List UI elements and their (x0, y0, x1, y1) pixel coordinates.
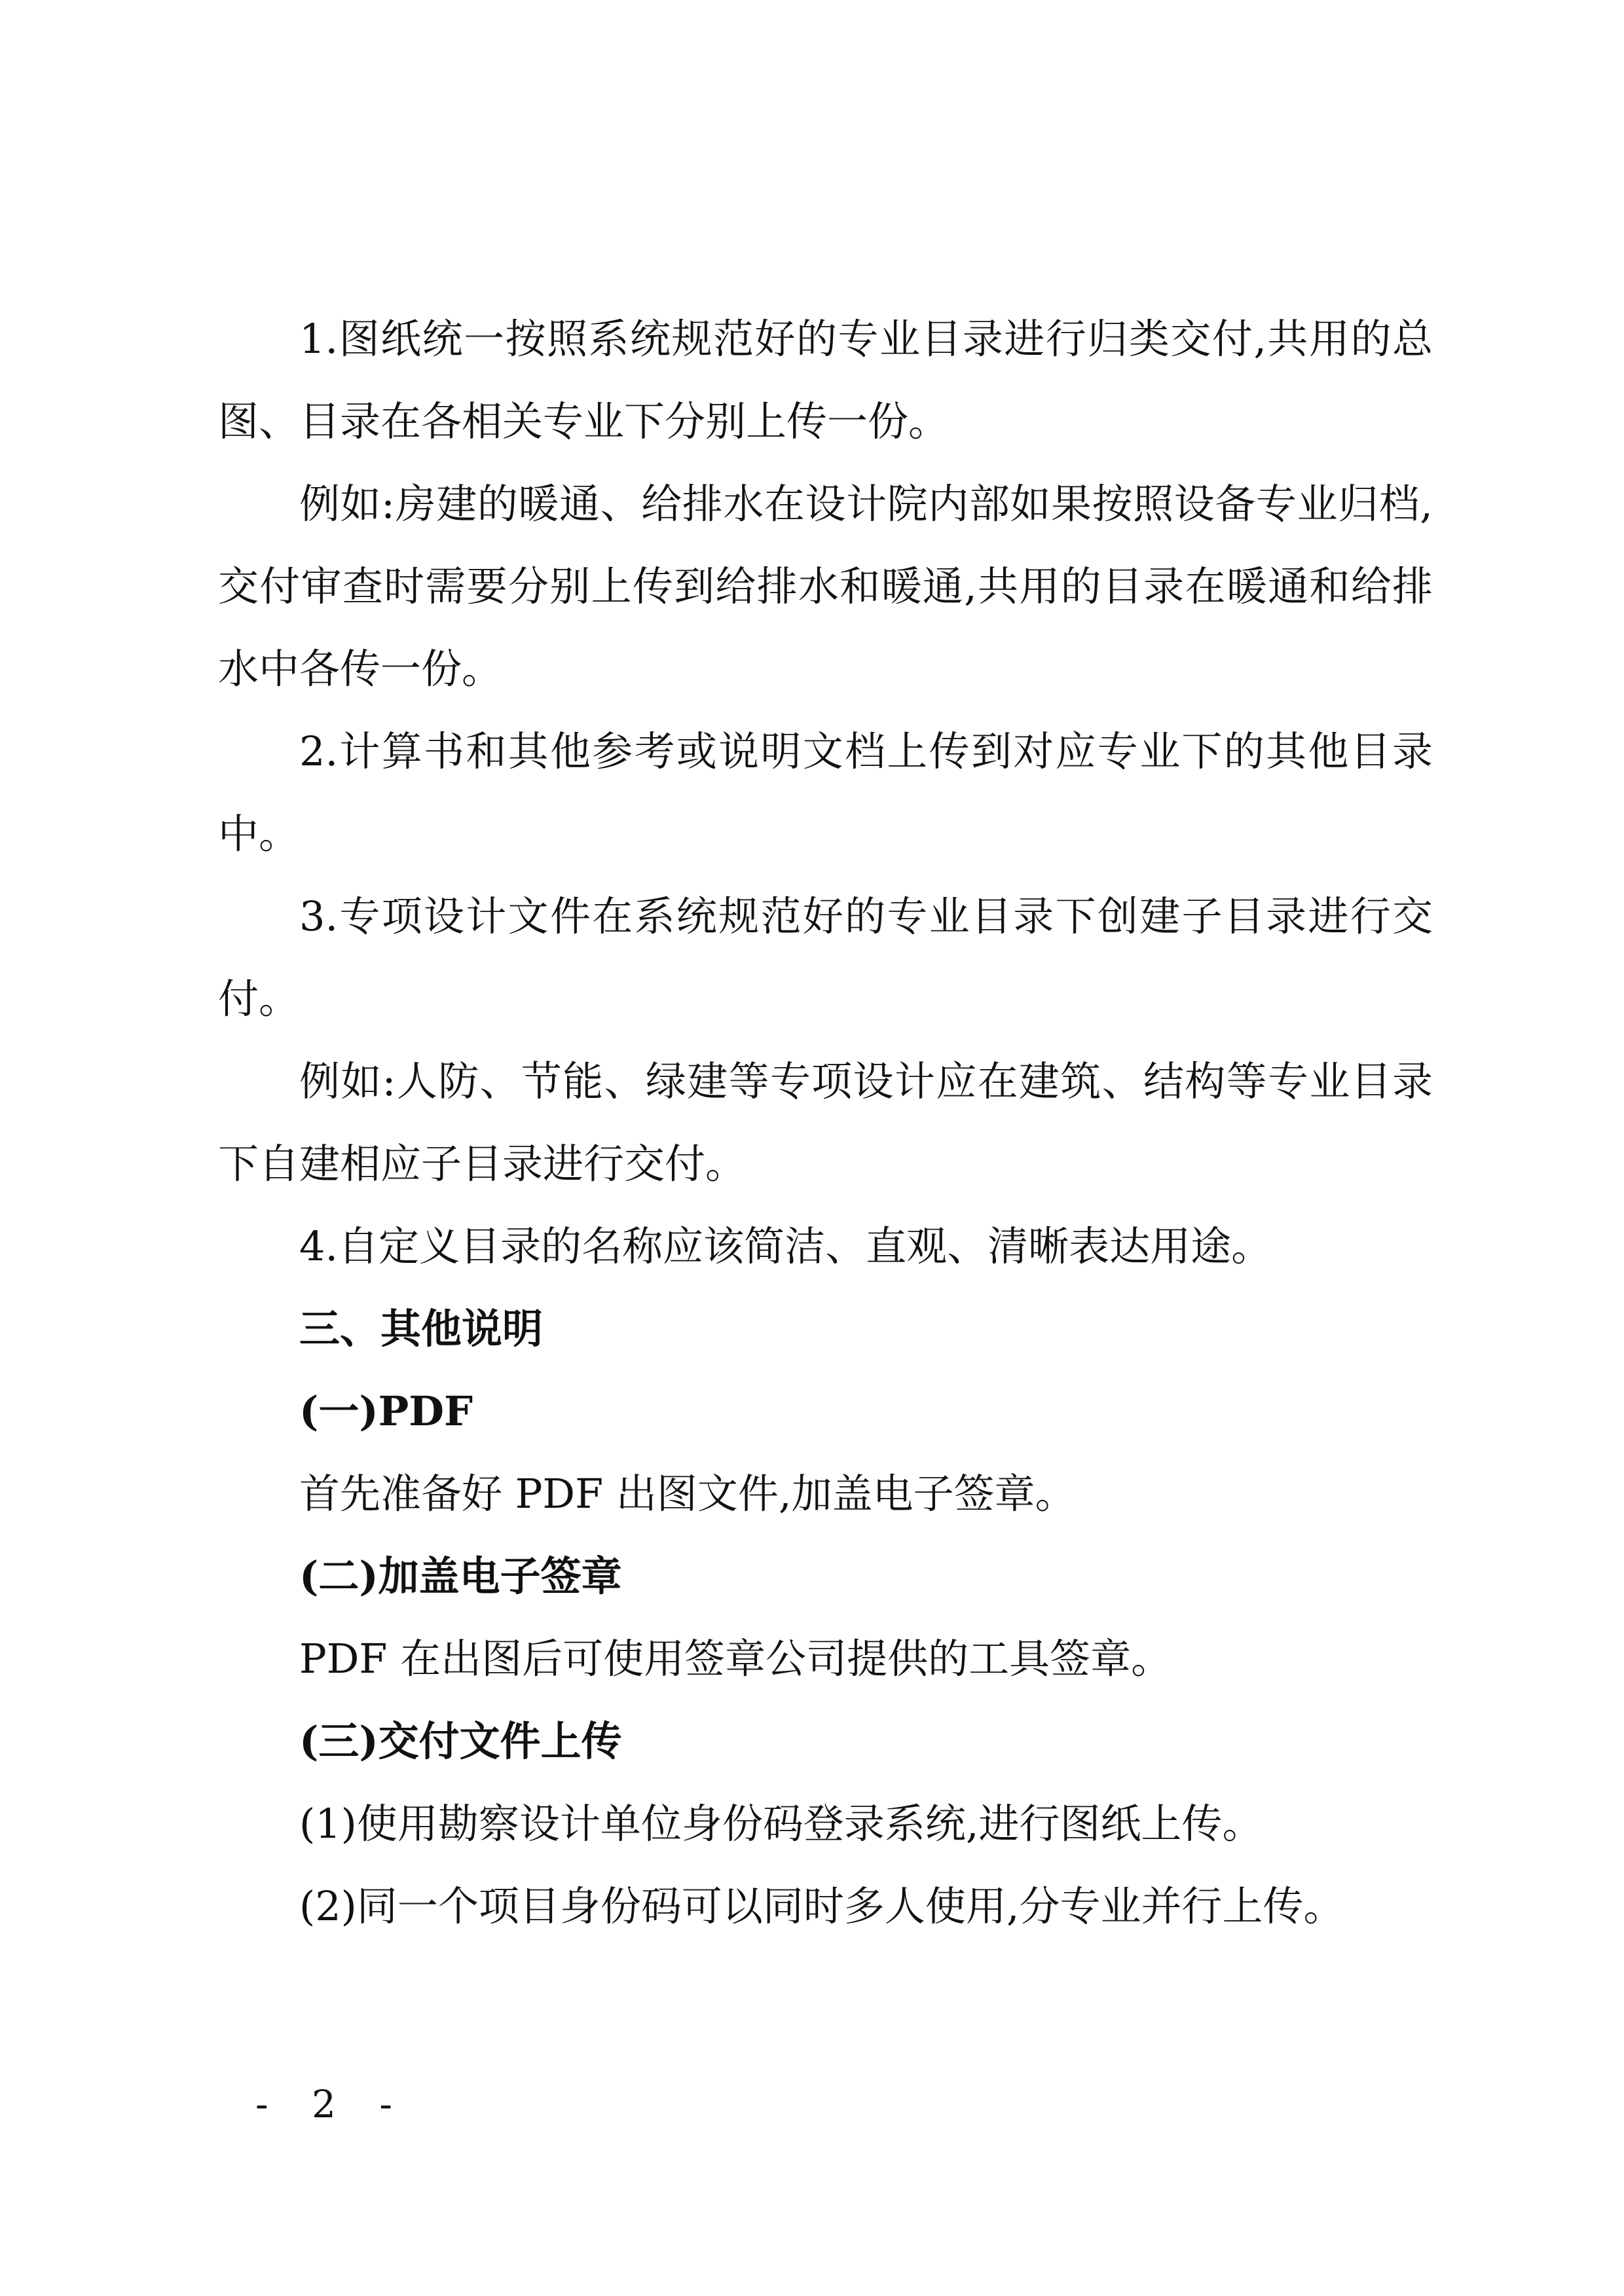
subsection-body-pdf: 首先准备好 PDF 出图文件,加盖电子签章。 (218, 1453, 1433, 1535)
subsection-heading-upload: (三)交付文件上传 (218, 1700, 1433, 1783)
paragraph-item-1: 1.图纸统一按照系统规范好的专业目录进行归类交付,共用的总图、目录在各相关专业下… (218, 298, 1433, 463)
document-page: 1.图纸统一按照系统规范好的专业目录进行归类交付,共用的总图、目录在各相关专业下… (0, 0, 1624, 2296)
paragraph-example-1: 例如:房建的暖通、给排水在设计院内部如果按照设备专业归档,交付审查时需要分别上传… (218, 463, 1433, 710)
subsection-body-esign: PDF 在出图后可使用签章公司提供的工具签章。 (218, 1618, 1433, 1700)
section-heading-other-notes: 三、其他说明 (218, 1288, 1433, 1370)
upload-step-2: (2)同一个项目身份码可以同时多人使用,分专业并行上传。 (218, 1865, 1433, 1948)
page-number: - 2 - (255, 2082, 408, 2126)
upload-step-1: (1)使用勘察设计单位身份码登录系统,进行图纸上传。 (218, 1783, 1433, 1865)
paragraph-item-3: 3.专项设计文件在系统规范好的专业目录下创建子目录进行交付。 (218, 875, 1433, 1040)
paragraph-item-2: 2.计算书和其他参考或说明文档上传到对应专业下的其他目录中。 (218, 710, 1433, 875)
document-body: 1.图纸统一按照系统规范好的专业目录进行归类交付,共用的总图、目录在各相关专业下… (218, 298, 1433, 1948)
subsection-heading-pdf: (一)PDF (218, 1370, 1433, 1453)
subsection-heading-esign: (二)加盖电子签章 (218, 1535, 1433, 1618)
paragraph-example-2: 例如:人防、节能、绿建等专项设计应在建筑、结构等专业目录下自建相应子目录进行交付… (218, 1040, 1433, 1205)
paragraph-item-4: 4.自定义目录的名称应该简洁、直观、清晰表达用途。 (218, 1205, 1433, 1288)
